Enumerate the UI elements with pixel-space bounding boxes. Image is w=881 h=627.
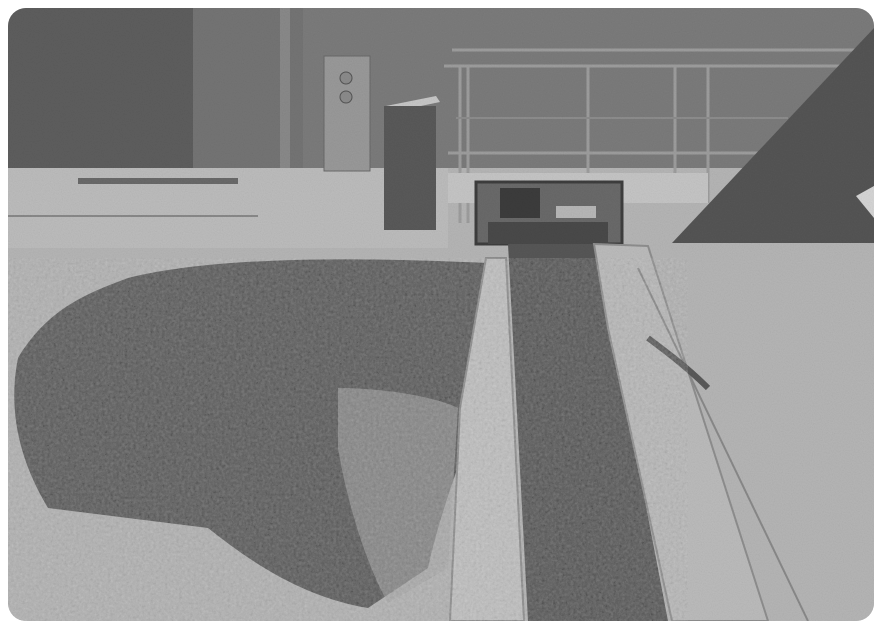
back-wall-dark-panel: [8, 8, 193, 168]
dial-icon: [340, 91, 352, 103]
machine: [476, 182, 622, 244]
scene: [8, 8, 874, 621]
photograph: Grayscale photograph of an outdoor concr…: [8, 8, 874, 621]
bollard: [384, 96, 440, 230]
control-box: [324, 56, 370, 171]
dial-icon: [340, 72, 352, 84]
